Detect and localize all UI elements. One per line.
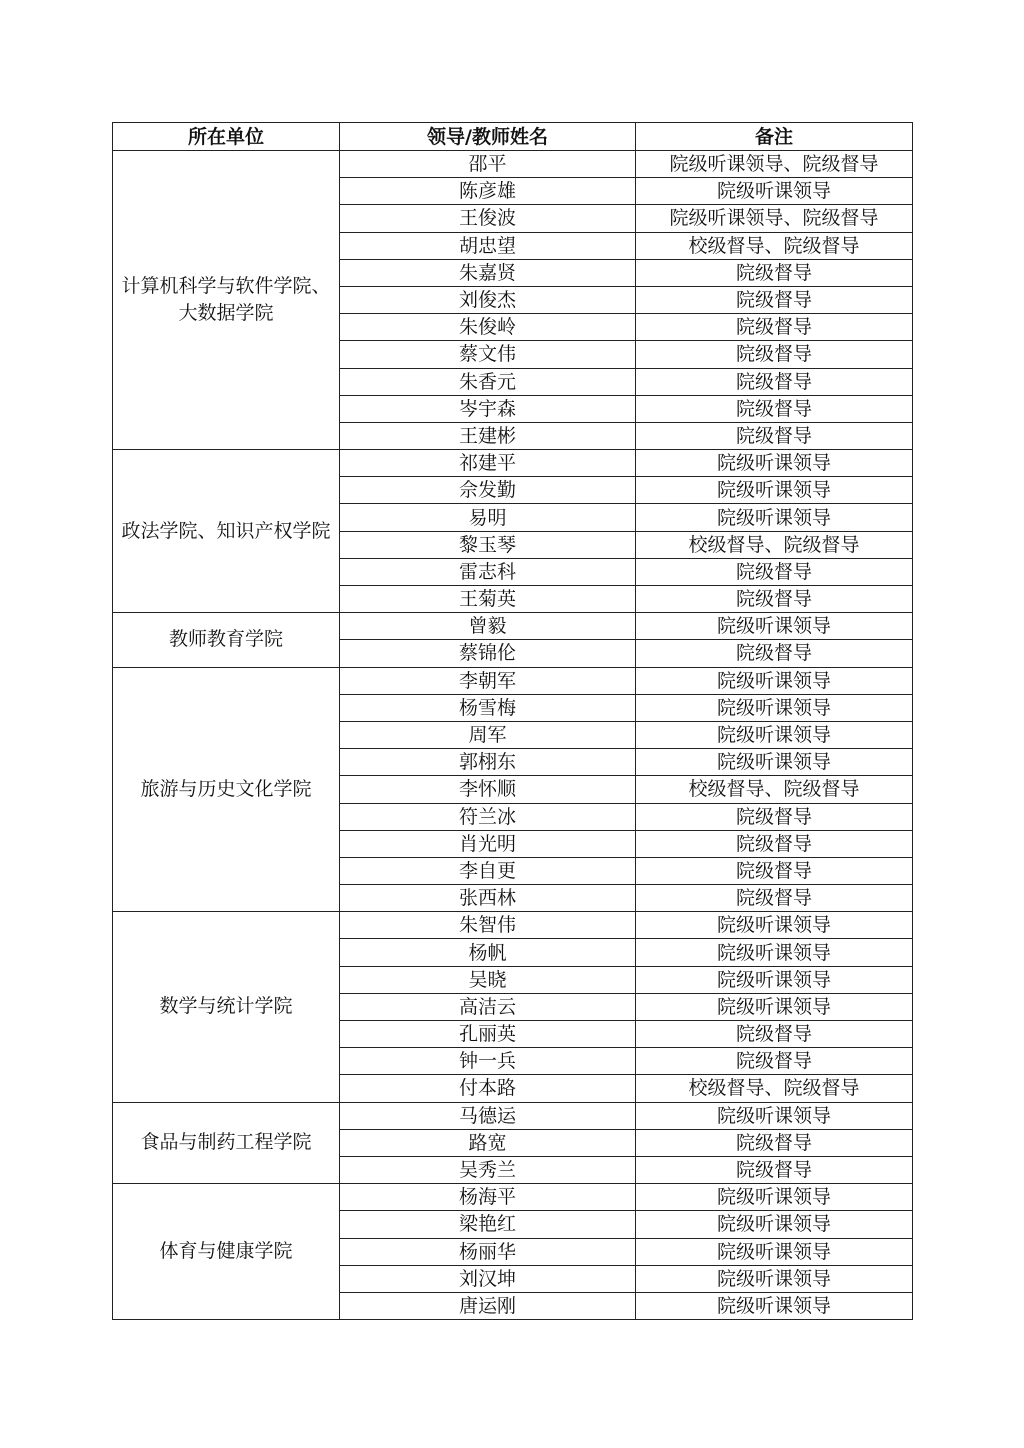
name-cell: 李怀顺 xyxy=(340,776,636,803)
note-cell: 院级听课领导 xyxy=(636,749,913,776)
name-cell: 朱俊岭 xyxy=(340,314,636,341)
note-cell: 院级听课领导、院级督导 xyxy=(636,151,913,178)
note-cell: 院级听课领导 xyxy=(636,1102,913,1129)
name-cell: 钟一兵 xyxy=(340,1048,636,1075)
roster-table: 所在单位 领导/教师姓名 备注 计算机科学与软件学院、大数据学院邵平院级听课领导… xyxy=(112,122,913,1320)
unit-cell: 计算机科学与软件学院、大数据学院 xyxy=(113,151,340,450)
name-cell: 杨丽华 xyxy=(340,1238,636,1265)
unit-cell: 体育与健康学院 xyxy=(113,1184,340,1320)
note-cell: 院级督导 xyxy=(636,368,913,395)
name-cell: 杨帆 xyxy=(340,939,636,966)
note-cell: 校级督导、院级督导 xyxy=(636,232,913,259)
note-cell: 院级听课领导 xyxy=(636,1184,913,1211)
unit-cell: 教师教育学院 xyxy=(113,613,340,667)
name-cell: 陈彦雄 xyxy=(340,178,636,205)
note-cell: 院级听课领导 xyxy=(636,694,913,721)
note-cell: 院级督导 xyxy=(636,803,913,830)
name-cell: 杨雪梅 xyxy=(340,694,636,721)
name-cell: 蔡锦伦 xyxy=(340,640,636,667)
name-cell: 朱香元 xyxy=(340,368,636,395)
name-cell: 郭栩东 xyxy=(340,749,636,776)
name-cell: 吴晓 xyxy=(340,966,636,993)
name-cell: 李朝军 xyxy=(340,667,636,694)
note-cell: 院级听课领导 xyxy=(636,939,913,966)
note-cell: 院级督导 xyxy=(636,1021,913,1048)
note-cell: 院级听课领导 xyxy=(636,966,913,993)
name-cell: 符兰冰 xyxy=(340,803,636,830)
unit-cell: 食品与制药工程学院 xyxy=(113,1102,340,1184)
header-unit: 所在单位 xyxy=(113,123,340,151)
note-cell: 院级听课领导 xyxy=(636,477,913,504)
name-cell: 王俊波 xyxy=(340,205,636,232)
note-cell: 院级听课领导 xyxy=(636,1211,913,1238)
name-cell: 吴秀兰 xyxy=(340,1156,636,1183)
note-cell: 院级听课领导 xyxy=(636,993,913,1020)
name-cell: 路宽 xyxy=(340,1129,636,1156)
header-row: 所在单位 领导/教师姓名 备注 xyxy=(113,123,913,151)
unit-cell: 政法学院、知识产权学院 xyxy=(113,450,340,613)
name-cell: 孔丽英 xyxy=(340,1021,636,1048)
note-cell: 院级督导 xyxy=(636,640,913,667)
name-cell: 杨海平 xyxy=(340,1184,636,1211)
name-cell: 胡忠望 xyxy=(340,232,636,259)
note-cell: 院级听课领导 xyxy=(636,450,913,477)
roster-body: 计算机科学与软件学院、大数据学院邵平院级听课领导、院级督导陈彦雄院级听课领导王俊… xyxy=(113,151,913,1320)
unit-cell: 数学与统计学院 xyxy=(113,912,340,1102)
name-cell: 雷志科 xyxy=(340,558,636,585)
note-cell: 院级听课领导 xyxy=(636,667,913,694)
note-cell: 院级督导 xyxy=(636,1156,913,1183)
note-cell: 院级听课领导 xyxy=(636,504,913,531)
note-cell: 院级督导 xyxy=(636,857,913,884)
name-cell: 邵平 xyxy=(340,151,636,178)
name-cell: 黎玉琴 xyxy=(340,531,636,558)
table-row: 教师教育学院曾毅院级听课领导 xyxy=(113,613,913,640)
name-cell: 刘俊杰 xyxy=(340,286,636,313)
note-cell: 院级督导 xyxy=(636,422,913,449)
note-cell: 院级督导 xyxy=(636,830,913,857)
note-cell: 院级听课领导 xyxy=(636,1292,913,1319)
note-cell: 院级督导 xyxy=(636,885,913,912)
name-cell: 李自更 xyxy=(340,857,636,884)
table-row: 数学与统计学院朱智伟院级听课领导 xyxy=(113,912,913,939)
name-cell: 付本路 xyxy=(340,1075,636,1102)
note-cell: 院级督导 xyxy=(636,1048,913,1075)
table-row: 体育与健康学院杨海平院级听课领导 xyxy=(113,1184,913,1211)
note-cell: 校级督导、院级督导 xyxy=(636,1075,913,1102)
name-cell: 佘发勤 xyxy=(340,477,636,504)
name-cell: 岑宇森 xyxy=(340,395,636,422)
name-cell: 张西林 xyxy=(340,885,636,912)
note-cell: 院级督导 xyxy=(636,314,913,341)
note-cell: 校级督导、院级督导 xyxy=(636,776,913,803)
name-cell: 肖光明 xyxy=(340,830,636,857)
header-note: 备注 xyxy=(636,123,913,151)
name-cell: 蔡文伟 xyxy=(340,341,636,368)
note-cell: 院级督导 xyxy=(636,1129,913,1156)
note-cell: 院级督导 xyxy=(636,259,913,286)
name-cell: 易明 xyxy=(340,504,636,531)
name-cell: 曾毅 xyxy=(340,613,636,640)
note-cell: 院级听课领导、院级督导 xyxy=(636,205,913,232)
name-cell: 刘汉坤 xyxy=(340,1265,636,1292)
name-cell: 朱嘉贤 xyxy=(340,259,636,286)
note-cell: 院级听课领导 xyxy=(636,613,913,640)
note-cell: 院级督导 xyxy=(636,558,913,585)
table-row: 旅游与历史文化学院李朝军院级听课领导 xyxy=(113,667,913,694)
unit-cell: 旅游与历史文化学院 xyxy=(113,667,340,912)
note-cell: 院级督导 xyxy=(636,341,913,368)
name-cell: 唐运刚 xyxy=(340,1292,636,1319)
name-cell: 梁艳红 xyxy=(340,1211,636,1238)
table-row: 政法学院、知识产权学院祁建平院级听课领导 xyxy=(113,450,913,477)
name-cell: 马德运 xyxy=(340,1102,636,1129)
header-name: 领导/教师姓名 xyxy=(340,123,636,151)
name-cell: 周军 xyxy=(340,721,636,748)
table-row: 计算机科学与软件学院、大数据学院邵平院级听课领导、院级督导 xyxy=(113,151,913,178)
name-cell: 朱智伟 xyxy=(340,912,636,939)
note-cell: 院级督导 xyxy=(636,395,913,422)
note-cell: 校级督导、院级督导 xyxy=(636,531,913,558)
name-cell: 高洁云 xyxy=(340,993,636,1020)
name-cell: 祁建平 xyxy=(340,450,636,477)
name-cell: 王菊英 xyxy=(340,586,636,613)
name-cell: 王建彬 xyxy=(340,422,636,449)
note-cell: 院级督导 xyxy=(636,286,913,313)
note-cell: 院级听课领导 xyxy=(636,721,913,748)
note-cell: 院级听课领导 xyxy=(636,1238,913,1265)
note-cell: 院级听课领导 xyxy=(636,912,913,939)
note-cell: 院级听课领导 xyxy=(636,1265,913,1292)
note-cell: 院级督导 xyxy=(636,586,913,613)
note-cell: 院级听课领导 xyxy=(636,178,913,205)
table-row: 食品与制药工程学院马德运院级听课领导 xyxy=(113,1102,913,1129)
